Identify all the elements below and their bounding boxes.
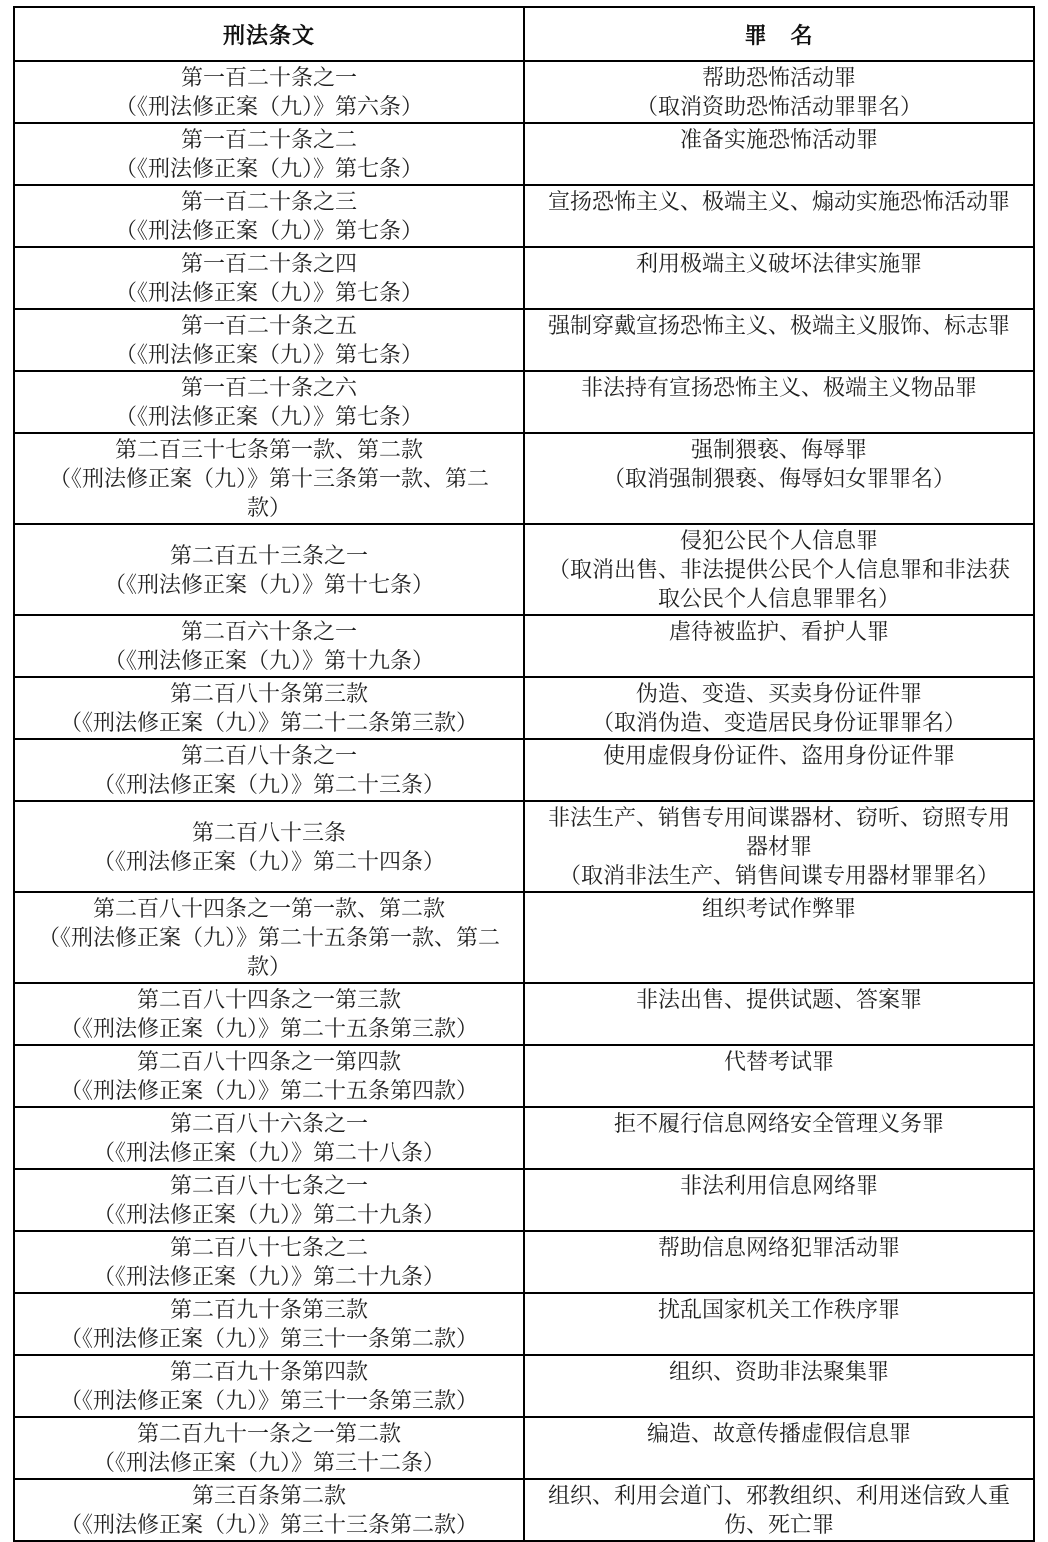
crime-cell: 组织、利用会道门、邪教组织、利用迷信致人重伤、死亡罪 xyxy=(524,1479,1034,1541)
crime-cell: 帮助恐怖活动罪 （取消资助恐怖活动罪罪名） xyxy=(524,61,1034,123)
article-cell: 第一百二十条之三 （《刑法修正案（九）》第七条） xyxy=(14,185,524,247)
amendment-reference: （《刑法修正案（九）》第二十五条第四款） xyxy=(37,1076,501,1105)
crime-cell: 伪造、变造、买卖身份证件罪 （取消伪造、变造居民身份证罪罪名） xyxy=(524,677,1034,739)
crime-cell: 编造、故意传播虚假信息罪 xyxy=(524,1417,1034,1479)
amendment-reference: （《刑法修正案（九）》第二十五条第三款） xyxy=(37,1014,501,1043)
crime-cell: 强制猥亵、侮辱罪 （取消强制猥亵、侮辱妇女罪罪名） xyxy=(524,433,1034,524)
article-cell: 第二百八十条之一 （《刑法修正案（九）》第二十三条） xyxy=(14,739,524,801)
article-cell: 第二百八十七条之一 （《刑法修正案（九）》第二十九条） xyxy=(14,1169,524,1231)
amendment-reference: （《刑法修正案（九）》第二十九条） xyxy=(37,1200,501,1229)
article-cell: 第二百三十七条第一款、第二款 （《刑法修正案（九）》第十三条第一款、第二款） xyxy=(14,433,524,524)
article-number: 第一百二十条之四 xyxy=(37,249,501,278)
article-number: 第一百二十条之一 xyxy=(37,63,501,92)
crime-cell: 代替考试罪 xyxy=(524,1045,1034,1107)
table-row: 第二百九十条第四款 （《刑法修正案（九）》第三十一条第三款） 组织、资助非法聚集… xyxy=(14,1355,1034,1417)
article-number: 第二百九十条第三款 xyxy=(37,1295,501,1324)
table-row: 第二百八十三条 （《刑法修正案（九）》第二十四条） 非法生产、销售专用间谍器材、… xyxy=(14,801,1034,892)
crime-note: （取消伪造、变造居民身份证罪罪名） xyxy=(547,708,1011,737)
crime-name: 拒不履行信息网络安全管理义务罪 xyxy=(547,1109,1011,1138)
table-row: 第二百五十三条之一 （《刑法修正案（九）》第十七条） 侵犯公民个人信息罪 （取消… xyxy=(14,524,1034,615)
article-number: 第一百二十条之二 xyxy=(37,125,501,154)
table-row: 第一百二十条之三 （《刑法修正案（九）》第七条） 宣扬恐怖主义、极端主义、煽动实… xyxy=(14,185,1034,247)
table-row: 第二百三十七条第一款、第二款 （《刑法修正案（九）》第十三条第一款、第二款） 强… xyxy=(14,433,1034,524)
article-cell: 第二百五十三条之一 （《刑法修正案（九）》第十七条） xyxy=(14,524,524,615)
article-cell: 第一百二十条之一 （《刑法修正案（九）》第六条） xyxy=(14,61,524,123)
law-table: 刑法条文 罪 名 第一百二十条之一 （《刑法修正案（九）》第六条） 帮助恐怖活动… xyxy=(13,6,1035,1542)
crime-name: 非法生产、销售专用间谍器材、窃听、窃照专用器材罪 xyxy=(547,803,1011,861)
article-cell: 第二百九十一条之一第二款 （《刑法修正案（九）》第三十二条） xyxy=(14,1417,524,1479)
table-row: 第二百六十条之一 （《刑法修正案（九）》第十九条） 虐待被监护、看护人罪 xyxy=(14,615,1034,677)
crime-name: 组织、利用会道门、邪教组织、利用迷信致人重伤、死亡罪 xyxy=(547,1481,1011,1539)
crime-name: 伪造、变造、买卖身份证件罪 xyxy=(547,679,1011,708)
article-number: 第二百八十条第三款 xyxy=(37,679,501,708)
amendment-reference: （《刑法修正案（九）》第六条） xyxy=(37,92,501,121)
crime-note: （取消非法生产、销售间谍专用器材罪罪名） xyxy=(547,861,1011,890)
table-row: 第一百二十条之五 （《刑法修正案（九）》第七条） 强制穿戴宣扬恐怖主义、极端主义… xyxy=(14,309,1034,371)
amendment-reference: （《刑法修正案（九）》第二十二条第三款） xyxy=(37,708,501,737)
column-header-articles: 刑法条文 xyxy=(14,7,524,61)
article-cell: 第二百九十条第四款 （《刑法修正案（九）》第三十一条第三款） xyxy=(14,1355,524,1417)
header-row: 刑法条文 罪 名 xyxy=(14,7,1034,61)
article-number: 第二百八十七条之二 xyxy=(37,1233,501,1262)
article-cell: 第二百六十条之一 （《刑法修正案（九）》第十九条） xyxy=(14,615,524,677)
crime-cell: 宣扬恐怖主义、极端主义、煽动实施恐怖活动罪 xyxy=(524,185,1034,247)
crime-name: 宣扬恐怖主义、极端主义、煽动实施恐怖活动罪 xyxy=(547,187,1011,216)
table-row: 第二百八十六条之一 （《刑法修正案（九）》第二十八条） 拒不履行信息网络安全管理… xyxy=(14,1107,1034,1169)
amendment-reference: （《刑法修正案（九）》第三十二条） xyxy=(37,1448,501,1477)
table-row: 第二百八十四条之一第四款 （《刑法修正案（九）》第二十五条第四款） 代替考试罪 xyxy=(14,1045,1034,1107)
amendment-reference: （《刑法修正案（九）》第三十一条第三款） xyxy=(37,1386,501,1415)
crime-cell: 非法出售、提供试题、答案罪 xyxy=(524,983,1034,1045)
crime-cell: 侵犯公民个人信息罪 （取消出售、非法提供公民个人信息罪和非法获取公民个人信息罪罪… xyxy=(524,524,1034,615)
amendment-reference: （《刑法修正案（九）》第二十五条第一款、第二款） xyxy=(37,923,501,981)
crime-cell: 组织、资助非法聚集罪 xyxy=(524,1355,1034,1417)
article-number: 第二百三十七条第一款、第二款 xyxy=(37,435,501,464)
document-page: 刑法条文 罪 名 第一百二十条之一 （《刑法修正案（九）》第六条） 帮助恐怖活动… xyxy=(0,0,1048,1481)
amendment-reference: （《刑法修正案（九）》第七条） xyxy=(37,154,501,183)
article-number: 第二百五十三条之一 xyxy=(37,541,501,570)
crime-name: 扰乱国家机关工作秩序罪 xyxy=(547,1295,1011,1324)
amendment-reference: （《刑法修正案（九）》第二十三条） xyxy=(37,770,501,799)
crime-name: 编造、故意传播虚假信息罪 xyxy=(547,1419,1011,1448)
amendment-reference: （《刑法修正案（九）》第七条） xyxy=(37,216,501,245)
table-row: 第二百八十四条之一第三款 （《刑法修正案（九）》第二十五条第三款） 非法出售、提… xyxy=(14,983,1034,1045)
article-cell: 第二百八十三条 （《刑法修正案（九）》第二十四条） xyxy=(14,801,524,892)
table-row: 第一百二十条之二 （《刑法修正案（九）》第七条） 准备实施恐怖活动罪 xyxy=(14,123,1034,185)
article-cell: 第一百二十条之二 （《刑法修正案（九）》第七条） xyxy=(14,123,524,185)
article-cell: 第二百八十四条之一第一款、第二款 （《刑法修正案（九）》第二十五条第一款、第二款… xyxy=(14,892,524,983)
crime-cell: 拒不履行信息网络安全管理义务罪 xyxy=(524,1107,1034,1169)
article-cell: 第二百八十四条之一第四款 （《刑法修正案（九）》第二十五条第四款） xyxy=(14,1045,524,1107)
table-row: 第一百二十条之六 （《刑法修正案（九）》第七条） 非法持有宣扬恐怖主义、极端主义… xyxy=(14,371,1034,433)
article-number: 第二百八十七条之一 xyxy=(37,1171,501,1200)
article-number: 第二百八十条之一 xyxy=(37,741,501,770)
table-row: 第二百八十四条之一第一款、第二款 （《刑法修正案（九）》第二十五条第一款、第二款… xyxy=(14,892,1034,983)
article-number: 第二百八十四条之一第三款 xyxy=(37,985,501,1014)
crime-cell: 使用虚假身份证件、盗用身份证件罪 xyxy=(524,739,1034,801)
amendment-reference: （《刑法修正案（九）》第十七条） xyxy=(37,570,501,599)
crime-note: （取消出售、非法提供公民个人信息罪和非法获取公民个人信息罪罪名） xyxy=(547,555,1011,613)
crime-name: 准备实施恐怖活动罪 xyxy=(547,125,1011,154)
table-row: 第二百八十七条之二 （《刑法修正案（九）》第二十九条） 帮助信息网络犯罪活动罪 xyxy=(14,1231,1034,1293)
table-row: 第二百九十一条之一第二款 （《刑法修正案（九）》第三十二条） 编造、故意传播虚假… xyxy=(14,1417,1034,1479)
article-cell: 第二百八十条第三款 （《刑法修正案（九）》第二十二条第三款） xyxy=(14,677,524,739)
amendment-reference: （《刑法修正案（九）》第七条） xyxy=(37,340,501,369)
crime-cell: 准备实施恐怖活动罪 xyxy=(524,123,1034,185)
table-row: 第三百条第二款 （《刑法修正案（九）》第三十三条第二款） 组织、利用会道门、邪教… xyxy=(14,1479,1034,1541)
table-row: 第二百九十条第三款 （《刑法修正案（九）》第三十一条第二款） 扰乱国家机关工作秩… xyxy=(14,1293,1034,1355)
law-table-body: 第一百二十条之一 （《刑法修正案（九）》第六条） 帮助恐怖活动罪 （取消资助恐怖… xyxy=(14,61,1034,1541)
crime-name: 非法出售、提供试题、答案罪 xyxy=(547,985,1011,1014)
article-number: 第二百八十六条之一 xyxy=(37,1109,501,1138)
crime-name: 强制穿戴宣扬恐怖主义、极端主义服饰、标志罪 xyxy=(547,311,1011,340)
crime-name: 组织考试作弊罪 xyxy=(547,894,1011,923)
article-cell: 第一百二十条之六 （《刑法修正案（九）》第七条） xyxy=(14,371,524,433)
crime-cell: 帮助信息网络犯罪活动罪 xyxy=(524,1231,1034,1293)
amendment-reference: （《刑法修正案（九）》第三十一条第二款） xyxy=(37,1324,501,1353)
crime-cell: 组织考试作弊罪 xyxy=(524,892,1034,983)
amendment-reference: （《刑法修正案（九）》第二十四条） xyxy=(37,847,501,876)
article-number: 第二百六十条之一 xyxy=(37,617,501,646)
article-number: 第三百条第二款 xyxy=(37,1481,501,1510)
crime-name: 虐待被监护、看护人罪 xyxy=(547,617,1011,646)
crime-cell: 利用极端主义破坏法律实施罪 xyxy=(524,247,1034,309)
article-cell: 第二百八十四条之一第三款 （《刑法修正案（九）》第二十五条第三款） xyxy=(14,983,524,1045)
crime-cell: 非法利用信息网络罪 xyxy=(524,1169,1034,1231)
amendment-reference: （《刑法修正案（九）》第二十九条） xyxy=(37,1262,501,1291)
amendment-reference: （《刑法修正案（九）》第七条） xyxy=(37,278,501,307)
article-number: 第二百八十四条之一第四款 xyxy=(37,1047,501,1076)
crime-cell: 非法生产、销售专用间谍器材、窃听、窃照专用器材罪 （取消非法生产、销售间谍专用器… xyxy=(524,801,1034,892)
law-table-header: 刑法条文 罪 名 xyxy=(14,7,1034,61)
crime-name: 侵犯公民个人信息罪 xyxy=(547,526,1011,555)
crime-cell: 扰乱国家机关工作秩序罪 xyxy=(524,1293,1034,1355)
crime-name: 帮助恐怖活动罪 xyxy=(547,63,1011,92)
crime-name: 非法持有宣扬恐怖主义、极端主义物品罪 xyxy=(547,373,1011,402)
crime-name: 强制猥亵、侮辱罪 xyxy=(547,435,1011,464)
article-number: 第一百二十条之五 xyxy=(37,311,501,340)
table-row: 第二百八十条之一 （《刑法修正案（九）》第二十三条） 使用虚假身份证件、盗用身份… xyxy=(14,739,1034,801)
crime-name: 代替考试罪 xyxy=(547,1047,1011,1076)
article-cell: 第二百九十条第三款 （《刑法修正案（九）》第三十一条第二款） xyxy=(14,1293,524,1355)
crime-note: （取消资助恐怖活动罪罪名） xyxy=(547,92,1011,121)
column-header-crime: 罪 名 xyxy=(524,7,1034,61)
amendment-reference: （《刑法修正案（九）》第十九条） xyxy=(37,646,501,675)
table-row: 第二百八十条第三款 （《刑法修正案（九）》第二十二条第三款） 伪造、变造、买卖身… xyxy=(14,677,1034,739)
amendment-reference: （《刑法修正案（九）》第七条） xyxy=(37,402,501,431)
table-row: 第二百八十七条之一 （《刑法修正案（九）》第二十九条） 非法利用信息网络罪 xyxy=(14,1169,1034,1231)
article-number: 第二百九十一条之一第二款 xyxy=(37,1419,501,1448)
crime-name: 非法利用信息网络罪 xyxy=(547,1171,1011,1200)
crime-name: 帮助信息网络犯罪活动罪 xyxy=(547,1233,1011,1262)
article-cell: 第二百八十六条之一 （《刑法修正案（九）》第二十八条） xyxy=(14,1107,524,1169)
crime-name: 利用极端主义破坏法律实施罪 xyxy=(547,249,1011,278)
article-cell: 第二百八十七条之二 （《刑法修正案（九）》第二十九条） xyxy=(14,1231,524,1293)
article-number: 第一百二十条之三 xyxy=(37,187,501,216)
amendment-reference: （《刑法修正案（九）》第十三条第一款、第二款） xyxy=(37,464,501,522)
crime-name: 组织、资助非法聚集罪 xyxy=(547,1357,1011,1386)
amendment-reference: （《刑法修正案（九）》第二十八条） xyxy=(37,1138,501,1167)
article-number: 第二百八十四条之一第一款、第二款 xyxy=(37,894,501,923)
crime-cell: 非法持有宣扬恐怖主义、极端主义物品罪 xyxy=(524,371,1034,433)
article-cell: 第一百二十条之五 （《刑法修正案（九）》第七条） xyxy=(14,309,524,371)
table-row: 第一百二十条之一 （《刑法修正案（九）》第六条） 帮助恐怖活动罪 （取消资助恐怖… xyxy=(14,61,1034,123)
article-number: 第二百九十条第四款 xyxy=(37,1357,501,1386)
article-number: 第二百八十三条 xyxy=(37,818,501,847)
crime-note: （取消强制猥亵、侮辱妇女罪罪名） xyxy=(547,464,1011,493)
crime-name: 使用虚假身份证件、盗用身份证件罪 xyxy=(547,741,1011,770)
article-cell: 第三百条第二款 （《刑法修正案（九）》第三十三条第二款） xyxy=(14,1479,524,1541)
article-number: 第一百二十条之六 xyxy=(37,373,501,402)
crime-cell: 强制穿戴宣扬恐怖主义、极端主义服饰、标志罪 xyxy=(524,309,1034,371)
crime-cell: 虐待被监护、看护人罪 xyxy=(524,615,1034,677)
amendment-reference: （《刑法修正案（九）》第三十三条第二款） xyxy=(37,1510,501,1539)
article-cell: 第一百二十条之四 （《刑法修正案（九）》第七条） xyxy=(14,247,524,309)
table-row: 第一百二十条之四 （《刑法修正案（九）》第七条） 利用极端主义破坏法律实施罪 xyxy=(14,247,1034,309)
